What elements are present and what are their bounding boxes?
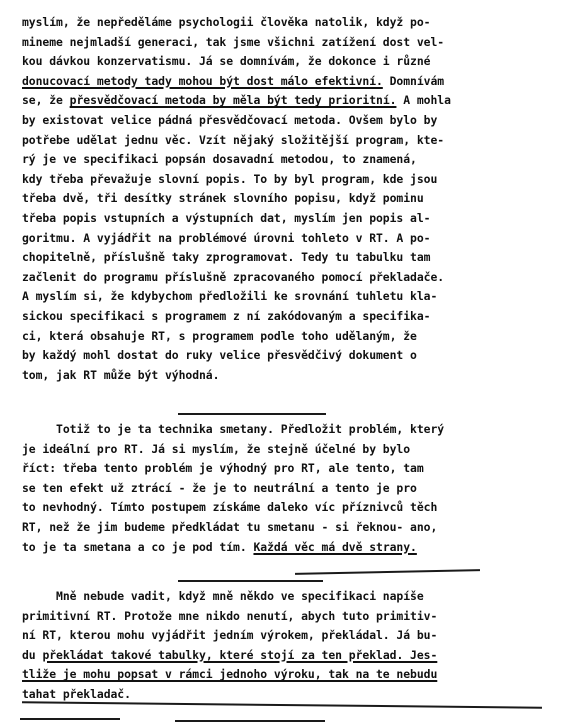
text-line: třeba dvě, tři desítky stránek slovního … — [22, 190, 424, 206]
text-line: by existovat velice pádná přesvědčovací … — [22, 112, 437, 128]
text-line: mineme nejmladší generaci, tak jsme všic… — [22, 34, 444, 50]
text-segment: Totiž to je ta technika smetany. Předlož… — [22, 422, 444, 436]
text-line: du překládat takové tabulky, které stojí… — [22, 647, 437, 663]
text-line: donucovací metody tady mohou být dost má… — [22, 73, 444, 89]
text-line: potřebe udělat jednu věc. Vzít nějaký sl… — [22, 132, 444, 148]
section-divider-2a — [178, 580, 323, 582]
text-line: začlenit do programu příslušně zpracovan… — [22, 269, 444, 285]
text-line: myslím, že nepředěláme psychologii člově… — [22, 14, 430, 30]
text-line: ní RT, kterou mohu vyjádřit jedním výrok… — [22, 627, 437, 643]
text-line: Totiž to je ta technika smetany. Předlož… — [22, 421, 444, 437]
underlined-text: přesvědčovací metoda by měla být tedy pr… — [70, 93, 397, 107]
text-segment: to je ta smetana a co je pod tím. — [22, 540, 253, 554]
text-line: to je ta smetana a co je pod tím. Každá … — [22, 539, 417, 555]
text-segment: se, že — [22, 93, 70, 107]
text-segment: by každý mohl dostat do ruky velice přes… — [22, 348, 417, 362]
section-divider-3a — [20, 718, 120, 720]
text-segment: kdy třeba převažuje slovní popis. To by … — [22, 172, 437, 186]
underlined-text: tliže je mohu popsat v rámci jednoho výr… — [22, 667, 437, 681]
text-line: sickou specifikaci s programem z ní zakó… — [22, 308, 430, 324]
underline-stroke-last — [22, 701, 542, 708]
text-line: je ideální pro RT. Já si myslím, že stej… — [22, 441, 410, 457]
text-segment: A mohla — [396, 93, 450, 107]
text-line: se ten efekt už ztrácí - že je to neutrá… — [22, 480, 417, 496]
text-segment: sickou specifikaci s programem z ní zakó… — [22, 309, 430, 323]
text-line: ci, která obsahuje RT, s programem podle… — [22, 328, 417, 344]
text-segment: A myslím si, že kdybychom předložili ke … — [22, 289, 437, 303]
underlined-text: donucovací metody tady mohou být dost má… — [22, 74, 383, 88]
underlined-text: Každá věc má dvě strany. — [253, 540, 416, 554]
text-segment: ci, která obsahuje RT, s programem podle… — [22, 329, 417, 343]
text-segment: du — [22, 648, 42, 662]
text-segment: mineme nejmladší generaci, tak jsme všic… — [22, 35, 444, 49]
text-line: kou dávkou konzervatismu. Já se domnívám… — [22, 53, 430, 69]
text-segment: říct: třeba tento problém je výhodný pro… — [22, 461, 424, 475]
text-segment: myslím, že nepředěláme psychologii člově… — [22, 15, 430, 29]
text-line: rý je ve specifikaci popsán dosavadní me… — [22, 151, 417, 167]
text-line: RT, než že jim budeme předkládat tu smet… — [22, 519, 437, 535]
underline-strike-right — [295, 569, 480, 574]
text-line: to nevhodný. Tímto postupem získáme dale… — [22, 499, 437, 515]
text-segment: by existovat velice pádná přesvědčovací … — [22, 113, 437, 127]
text-line: primitivní RT. Protože mne nikdo nenutí,… — [22, 608, 437, 624]
text-line: kdy třeba převažuje slovní popis. To by … — [22, 171, 437, 187]
text-segment: Mně nebude vadit, když mně někdo ve spec… — [22, 589, 424, 603]
section-divider-3b — [175, 720, 325, 722]
text-segment: primitivní RT. Protože mne nikdo nenutí,… — [22, 609, 437, 623]
text-segment: RT, než že jim budeme předkládat tu smet… — [22, 520, 437, 534]
text-segment: třeba popis vstupních a výstupních dat, … — [22, 211, 430, 225]
text-line: říct: třeba tento problém je výhodný pro… — [22, 460, 424, 476]
text-line: goritmu. A vyjádřit na problémové úrovni… — [22, 230, 430, 246]
text-segment: je ideální pro RT. Já si myslím, že stej… — [22, 442, 410, 456]
text-line: třeba popis vstupních a výstupních dat, … — [22, 210, 430, 226]
text-line: chopitelně, příslušně taky zprogramovat.… — [22, 249, 430, 265]
text-segment: se ten efekt už ztrácí - že je to neutrá… — [22, 481, 417, 495]
text-segment: kou dávkou konzervatismu. Já se domnívám… — [22, 54, 430, 68]
text-line: A myslím si, že kdybychom předložili ke … — [22, 288, 437, 304]
text-segment: to nevhodný. Tímto postupem získáme dale… — [22, 500, 437, 514]
text-segment: začlenit do programu příslušně zpracovan… — [22, 270, 444, 284]
text-segment: goritmu. A vyjádřit na problémové úrovni… — [22, 231, 430, 245]
text-line: by každý mohl dostat do ruky velice přes… — [22, 347, 417, 363]
text-line: tom, jak RT může být výhodná. — [22, 367, 219, 383]
text-segment: tahat překladač. — [22, 687, 131, 701]
text-segment: ní RT, kterou mohu vyjádřit jedním výrok… — [22, 628, 437, 642]
text-line: Mně nebude vadit, když mně někdo ve spec… — [22, 588, 424, 604]
text-segment: tom, jak RT může být výhodná. — [22, 368, 219, 382]
text-line: se, že přesvědčovací metoda by měla být … — [22, 92, 451, 108]
text-segment: chopitelně, příslušně taky zprogramovat.… — [22, 250, 430, 264]
text-segment: potřebe udělat jednu věc. Vzít nějaký sl… — [22, 133, 444, 147]
text-line: tahat překladač. — [22, 686, 131, 702]
text-segment: Domnívám — [383, 74, 444, 88]
text-segment: rý je ve specifikaci popsán dosavadní me… — [22, 152, 417, 166]
text-line: tliže je mohu popsat v rámci jednoho výr… — [22, 666, 437, 682]
underlined-text: překládat takové tabulky, které stojí za… — [42, 648, 437, 662]
section-divider-1 — [178, 413, 326, 415]
scanned-typewritten-page: myslím, že nepředěláme psychologii člově… — [0, 0, 562, 727]
text-segment: třeba dvě, tři desítky stránek slovního … — [22, 191, 424, 205]
